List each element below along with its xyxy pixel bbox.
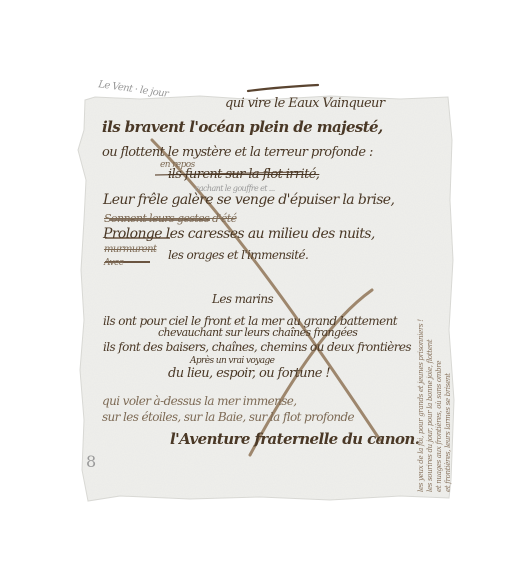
struck-line: murmurent	[104, 244, 156, 255]
manuscript-line: les orages et l'immensité.	[168, 248, 308, 262]
struck-line: Avec	[104, 258, 123, 268]
manuscript-line: sur les étoiles, sur la Baie, sur la flo…	[102, 410, 354, 424]
manuscript-line: Leur frêle galère se venge d'épuiser la …	[103, 192, 394, 208]
struck-line: Sonnent leurs gestes d'été	[104, 212, 237, 225]
manuscript-line: ils bravent l'océan plein de majesté,	[102, 118, 383, 136]
line-insertion: chevauchant sur leurs chaînes frangées	[158, 326, 357, 339]
struck-line: ils furent sur la flot irrité,	[168, 167, 319, 182]
manuscript-line: du lieu, espoir, ou fortune !	[168, 366, 330, 381]
margin-note: et nuages aux frontières, où sans ombre	[435, 361, 443, 492]
manuscript-line: ils font des baisers, chaînes, chemins o…	[103, 340, 411, 354]
folio-mark: 8	[86, 452, 96, 471]
manuscript-line: Prolonge les caresses au milieu des nuit…	[103, 226, 375, 242]
margin-note: et frontières, leurs larmes se brisent	[444, 373, 452, 492]
closing-line: l'Aventure fraternelle du canon.	[170, 430, 419, 448]
section-heading: Les marins	[212, 292, 273, 306]
manuscript-line: ou flottent le mystère et la terreur pro…	[102, 145, 373, 160]
margin-note: les yeux de la foi, pour grands et jeune…	[417, 319, 425, 492]
line-insertion: qui vire le Eaux Vainqueur	[225, 96, 384, 111]
line-insertion: Après un vrai voyage	[190, 356, 274, 366]
manuscript-line: qui voler à-dessus la mer immense,	[102, 394, 297, 408]
margin-note: les sourires du jour, pour la bonne joie…	[426, 340, 434, 492]
